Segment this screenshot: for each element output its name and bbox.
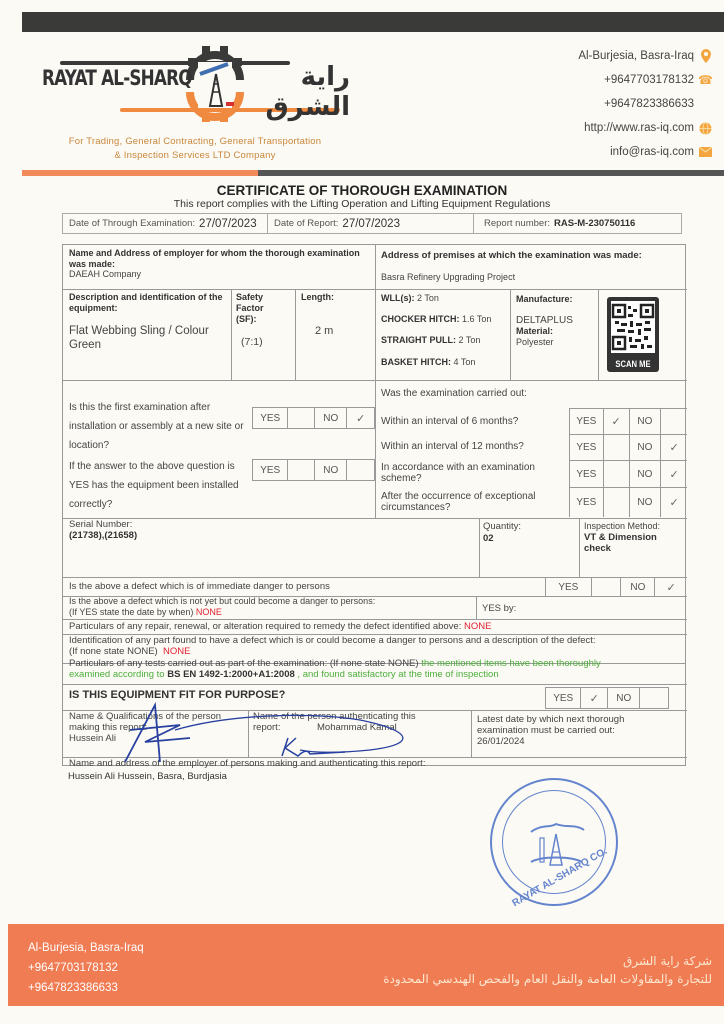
exc-no-box[interactable]: ✓ [661,488,687,517]
footer-phone-1[interactable]: +9647703178132 [28,958,144,978]
first-exam-no-label: NO [315,408,347,428]
repair-value: NONE [464,621,491,632]
scheme-no-box[interactable]: ✓ [661,461,687,487]
future-danger-value: NONE [196,607,222,617]
installed-correctly-yes-no: YES NO [252,459,375,481]
i6-no-box[interactable] [661,409,687,434]
exceptional-yes-no: YES NO ✓ [569,488,687,517]
inspection-method-label: Inspection Method: [584,521,660,532]
divider-dark [258,170,724,176]
globe-icon [699,122,712,135]
immediate-danger-question: Is the above a defect which is of immedi… [69,581,330,592]
report-date-value: 27/07/2023 [342,218,400,230]
contact-website-link[interactable]: http://www.ras-iq.com [584,122,694,134]
manufacture-label: Manufacture: [516,294,573,305]
exc-yes-label: YES [570,488,604,517]
report-date-label: Date of Report: [274,218,338,229]
interval-heading: Was the examination carried out: [381,388,527,399]
wll: WLL(s): 2 Ton [381,293,439,304]
equipment-desc-value: Flat Webbing Sling / Colour Green [69,324,229,352]
repair-label: Particulars of any repair, renewal, or a… [69,621,461,632]
inspection-method-value: VT & Dimension check [584,532,674,554]
straight-label: STRAIGHT PULL: [381,335,456,345]
certificate-title: CERTIFICATE OF THOROUGH EXAMINATION [0,183,724,198]
i6-yes-label: YES [570,409,604,434]
signature-mohammad-kamal [170,712,430,762]
divider-orange [22,170,258,176]
first-exam-question: Is this the first examination after inst… [69,398,249,455]
fit-yes-box[interactable]: ✓ [581,688,608,708]
contact-phone-2[interactable]: +9647823386633 [604,98,694,110]
tests-standard: BS EN 1492-1:2000+A1:2008 [167,669,295,680]
basket-label: BASKET HITCH: [381,357,451,367]
footer-phone-2[interactable]: +9647823386633 [28,978,144,998]
scheme-no-label: NO [630,461,662,487]
next-exam-label: Latest date by which next thorough exami… [477,714,667,736]
installed-yes-box[interactable] [288,460,315,480]
employer-value: DAEAH Company [69,269,141,280]
exam-date-cell: Date of Through Examination:27/07/2023 [63,214,268,233]
first-exam-yes-label: YES [253,408,288,428]
company-tagline: For Trading, General Contracting, Genera… [40,135,350,163]
safety-factor-value: (7:1) [241,337,263,348]
qr-pattern [611,301,655,353]
tests-result-2: examined according to [69,669,165,680]
serial-value: (21738),(21658) [69,530,137,541]
qr-code[interactable]: SCAN ME [607,297,659,372]
future-danger-sub-text: (If YES state the date by when) [69,607,193,617]
fit-no-box[interactable] [640,688,668,708]
tagline-line-2: & Inspection Services LTD Company [40,149,350,163]
premises-label: Address of premises at which the examina… [381,250,642,261]
wll-label: WLL(s): [381,293,415,303]
footer-ar-line-2: للتجارة والمقاولات العامة والنقل العام و… [383,970,712,988]
footer-address: Al-Burjesia, Basra-Iraq [28,938,144,958]
report-number-label: Report number: [484,218,550,229]
employer-label: Name and Address of employer for whom th… [69,248,369,270]
next-exam-value: 26/01/2024 [477,736,525,747]
contact-phone-1[interactable]: +9647703178132 [604,74,694,86]
qr-scan-label: SCAN ME [611,359,655,369]
examination-form: Name and Address of employer for whom th… [62,244,686,664]
choker-hitch: CHOCKER HITCH: 1.6 Ton [381,314,491,325]
scheme-question: In accordance with an examination scheme… [381,462,561,484]
interval-yes-no-grid: YES ✓ NO YES NO ✓ YES NO ✓ YES NO ✓ [569,408,687,517]
header-contact: Al-Burjesia, Basra-Iraq +9647703178132☎ … [578,44,712,164]
scheme-yes-label: YES [570,461,604,487]
material-value: Polyester [516,337,554,348]
installed-no-label: NO [315,460,347,480]
fit-no-label: NO [608,688,640,708]
serial-label: Serial Number: [69,519,132,530]
exceptional-question: After the occurrence of exceptional circ… [381,491,561,513]
report-number-value: RAS-M-230750116 [554,218,635,229]
identification-question: Identification of any part found to have… [69,635,596,646]
tagline-line-1: For Trading, General Contracting, Genera… [40,135,350,149]
quantity-value: 02 [483,533,494,544]
contact-address: Al-Burjesia, Basra-Iraq [578,50,694,62]
report-number-cell: Report number:RAS-M-230750116 [474,214,681,233]
installed-correctly-question: If the answer to the above question is Y… [69,457,249,514]
first-exam-no-box[interactable]: ✓ [347,408,374,428]
employer-of-persons-value: Hussein Ali Hussein, Basra, Burdjasia [68,771,227,782]
spacer-icon [699,98,712,111]
location-pin-icon [699,50,712,63]
exam-date-value: 27/07/2023 [199,218,257,230]
tests-result-3: , and found satisfactory at the time of … [297,669,498,680]
length-label: Length: [301,292,334,303]
fit-yes-label: YES [546,688,581,708]
straight-pull: STRAIGHT PULL: 2 Ton [381,335,480,346]
i12-yes-label: YES [570,435,604,460]
manufacture-value: DELTAPLUS [516,315,573,326]
basket-hitch: BASKET HITCH: 4 Ton [381,357,475,368]
premises-value: Basra Refinery Upgrading Project [381,272,515,283]
header-dark-bar [22,12,724,32]
scheme-yes-box[interactable] [604,461,630,487]
i12-yes-box[interactable] [604,435,630,460]
length-value: 2 m [315,326,333,337]
immediate-yes-box[interactable] [592,577,622,597]
i6-no-label: NO [630,409,662,434]
date-bar: Date of Through Examination:27/07/2023 D… [62,213,682,234]
repair-row: Particulars of any repair, renewal, or a… [69,621,491,632]
brand-name-en: RAYAT AL-SHARQ [42,66,192,90]
installed-yes-label: YES [253,460,288,480]
fit-for-purpose-yes-no: YES ✓ NO [545,687,669,709]
immediate-no-box[interactable]: ✓ [655,577,687,597]
brand-name-ar: راية الشرق [226,62,350,122]
footer-bar: Al-Burjesia, Basra-Iraq +9647703178132 +… [8,924,724,1006]
equipment-desc-label: Description and identification of the eq… [69,292,227,314]
company-stamp: RAYAT AL-SHARQ CO. [490,778,618,906]
tests-label: Particulars of any tests carried out as … [69,658,419,669]
report-date-cell: Date of Report:27/07/2023 [268,214,474,233]
immediate-no-label: NO [621,577,655,597]
choker-label: CHOCKER HITCH: [381,314,460,324]
footer-ar-line-1: شركة راية الشرق [383,952,712,970]
footer-contact: Al-Burjesia, Basra-Iraq +9647703178132 +… [28,938,144,998]
immediate-yes-label: YES [546,577,592,597]
envelope-icon [699,146,712,159]
interval-6-yes-no: YES ✓ NO [569,409,687,435]
safety-factor-label: Safety Factor (SF): [236,292,286,325]
quantity-label: Quantity: [483,521,521,532]
i12-no-label: NO [630,435,662,460]
tests-line-2: examined according to BS EN 1492-1:2000+… [69,669,499,680]
future-danger-question: Is the above a defect which is not yet b… [69,596,375,607]
basket-value: 4 Ton [454,357,476,367]
exc-no-label: NO [630,488,662,517]
interval-12-question: Within an interval of 12 months? [381,441,524,452]
interval-6-question: Within an interval of 6 months? [381,416,518,427]
immediate-danger-yes-no: YES NO ✓ [545,577,687,597]
report-maker-value: Hussein Ali [69,733,116,744]
yes-by-label: YES by: [482,603,516,614]
material-label: Material: [516,326,553,337]
first-exam-yes-no: YES NO ✓ [252,407,375,429]
scheme-yes-no: YES NO ✓ [569,461,687,488]
exam-date-label: Date of Through Examination: [69,218,195,229]
wll-value: 2 Ton [417,293,439,303]
tests-line-1: Particulars of any tests carried out as … [69,658,601,669]
straight-value: 2 Ton [459,335,481,345]
contact-email-link[interactable]: info@ras-iq.com [610,146,694,158]
interval-12-yes-no: YES NO ✓ [569,435,687,461]
exc-yes-box[interactable] [604,488,630,517]
certificate-subtitle: This report complies with the Lifting Op… [0,198,724,210]
future-danger-sub: (If YES state the date by when) NONE [69,607,222,618]
first-exam-yes-box[interactable] [288,408,315,428]
telephone-icon: ☎ [699,74,712,87]
footer-arabic-name: شركة راية الشرق للتجارة والمقاولات العام… [383,952,712,988]
choker-value: 1.6 Ton [462,314,491,324]
installed-no-box[interactable] [347,460,374,480]
company-logo: RAYAT AL-SHARQ راية الشرق For Trading, G… [30,36,350,161]
i6-yes-box[interactable]: ✓ [604,409,630,434]
tests-result-1: the mentioned items have been thoroughly [421,658,601,669]
i12-no-box[interactable]: ✓ [661,435,687,460]
